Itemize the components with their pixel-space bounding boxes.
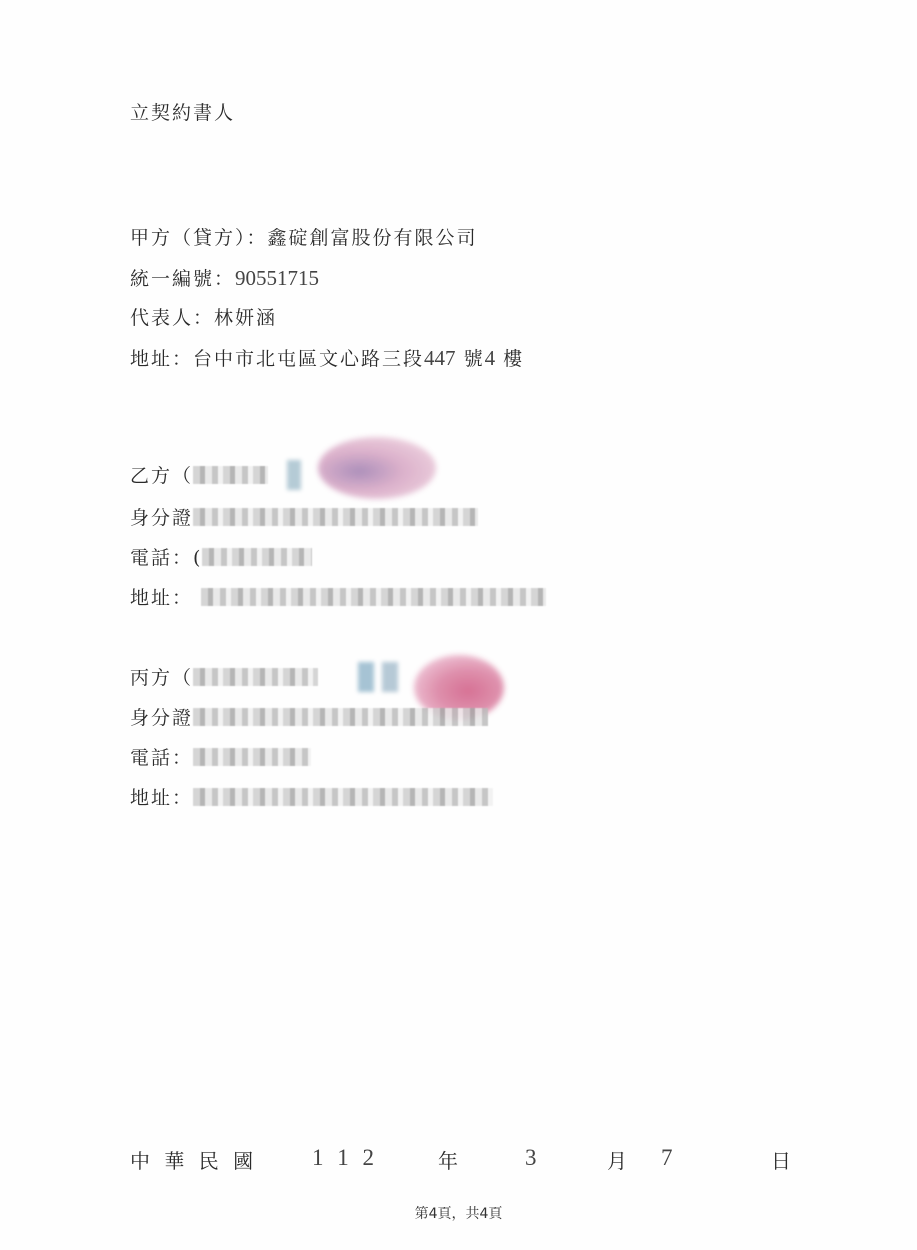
party-b-seal-stamp bbox=[318, 437, 436, 499]
party-b-address-line: 地址： bbox=[130, 586, 546, 610]
signing-date: 中 華 民 國 1 1 2 年 3 月 7 日 bbox=[130, 1145, 790, 1171]
party-b-id-line: 身分證 bbox=[130, 506, 478, 530]
party-c-line: 丙方（ bbox=[130, 666, 318, 690]
party-c-phone-redacted bbox=[193, 748, 311, 766]
party-a-name: 鑫碇創富股份有限公司 bbox=[268, 227, 478, 249]
party-b-phone-line: 電話：( bbox=[130, 546, 312, 570]
party-b-name-redacted bbox=[193, 466, 268, 484]
address-floor: 4 bbox=[485, 346, 496, 370]
party-a-label: 甲方（貸方）： bbox=[130, 227, 268, 249]
date-era: 中 華 民 國 bbox=[130, 1145, 257, 1174]
address-floor-unit: 樓 bbox=[503, 348, 524, 370]
party-c-phone-label: 電話： bbox=[130, 747, 193, 769]
address-prefix: 台中市北屯區文心路三段 bbox=[193, 348, 424, 370]
party-b-phone-label: 電話：( bbox=[130, 547, 202, 569]
date-day-unit: 日 bbox=[771, 1145, 791, 1174]
address-number-unit: 號 bbox=[464, 348, 485, 370]
party-c-id-redacted bbox=[193, 708, 488, 726]
party-b-signature-blurred bbox=[287, 460, 301, 490]
representative-label: 代表人： bbox=[130, 307, 214, 329]
party-c-address-redacted bbox=[193, 788, 493, 806]
signatories-heading: 立契約書人 bbox=[130, 101, 235, 125]
party-b-line: 乙方（ bbox=[130, 464, 268, 488]
address-number: 447 bbox=[424, 346, 456, 370]
date-day: 7 bbox=[661, 1145, 673, 1171]
party-c-name-redacted bbox=[193, 668, 318, 686]
party-c-address-label: 地址： bbox=[130, 787, 193, 809]
party-a-representative-line: 代表人：林妍涵 bbox=[130, 306, 277, 330]
party-a-line: 甲方（貸方）：鑫碇創富股份有限公司 bbox=[130, 226, 478, 250]
document-page: 立契約書人 甲方（貸方）：鑫碇創富股份有限公司 統一編號：90551715 代表… bbox=[0, 0, 917, 1250]
party-a-address-line: 地址：台中市北屯區文心路三段447 號4 樓 bbox=[130, 346, 524, 371]
party-c-phone-line: 電話： bbox=[130, 746, 311, 770]
party-c-signature-blurred bbox=[358, 662, 398, 692]
party-b-address-label: 地址： bbox=[130, 587, 193, 609]
address-label: 地址： bbox=[130, 348, 193, 370]
party-b-id-label: 身分證 bbox=[130, 507, 193, 529]
date-year-unit: 年 bbox=[438, 1145, 458, 1174]
representative-name: 林妍涵 bbox=[214, 307, 277, 329]
party-b-id-redacted bbox=[193, 508, 478, 526]
tax-id-label: 統一編號： bbox=[130, 268, 235, 290]
party-b-phone-redacted bbox=[202, 548, 312, 566]
party-a-tax-id-line: 統一編號：90551715 bbox=[130, 266, 319, 291]
party-c-label: 丙方（ bbox=[130, 667, 193, 689]
date-month: 3 bbox=[525, 1145, 537, 1171]
tax-id-value: 90551715 bbox=[235, 266, 319, 290]
party-b-address-redacted bbox=[201, 588, 546, 606]
party-c-address-line: 地址： bbox=[130, 786, 493, 810]
page-number-footer: 第4頁，共4頁 bbox=[0, 1203, 917, 1223]
date-month-unit: 月 bbox=[607, 1145, 627, 1174]
party-b-label: 乙方（ bbox=[130, 465, 193, 487]
party-c-id-line: 身分證 bbox=[130, 706, 488, 730]
date-year: 1 1 2 bbox=[312, 1145, 378, 1171]
party-c-id-label: 身分證 bbox=[130, 707, 193, 729]
